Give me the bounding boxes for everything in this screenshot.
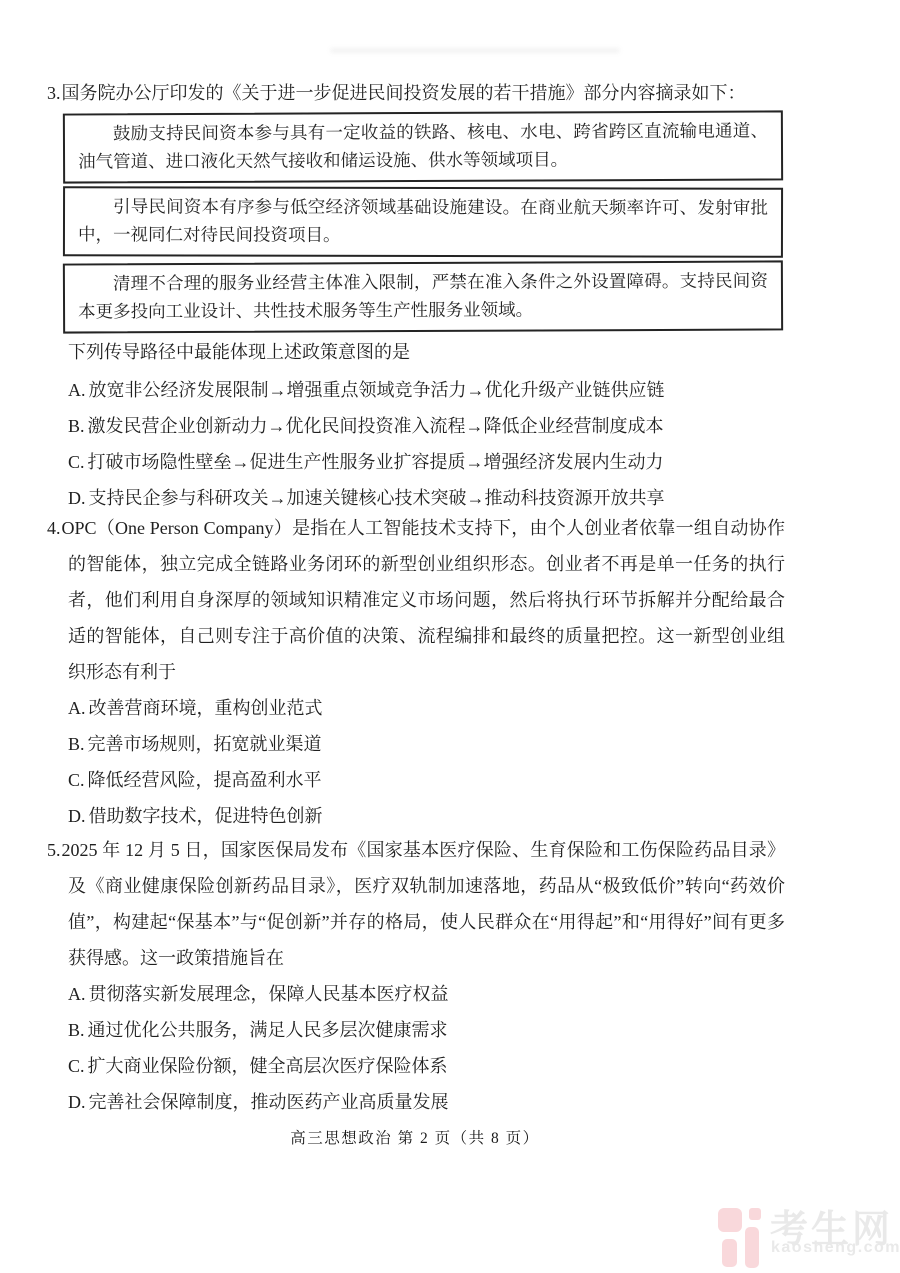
logo-block (749, 1208, 761, 1220)
question-3-option-d: D.支持民企参与科研攻关→加速关键核心技术突破→推动科技资源开放共享 (68, 486, 785, 510)
option-text: 放宽非公经济发展限制→增强重点领域竞争活力→优化升级产业链供应链 (89, 380, 665, 400)
watermark-site-domain: kaosheng.com (771, 1239, 900, 1257)
logo-block (745, 1227, 759, 1268)
option-label: D. (68, 1092, 86, 1112)
question-3-stem-text: 国务院办公厅印发的《关于进一步促进民间投资发展的若干措施》部分内容摘录如下： (62, 83, 746, 103)
question-3-stem: 3.国务院办公厅印发的《关于进一步促进民间投资发展的若干措施》部分内容摘录如下： (47, 80, 785, 106)
option-text: 激发民营企业创新动力→优化民间投资准入流程→降低企业经营制度成本 (88, 416, 664, 436)
policy-excerpt-box-2: 引导民间资本有序参与低空经济领域基础设施建设。在商业航天频率许可、发射审批中，一… (63, 186, 783, 258)
question-5-stem-text: 2025 年 12 月 5 日，国家医保局发布《国家基本医疗保险、生育保险和工伤… (62, 840, 786, 968)
question-4-option-d: D.借助数字技术，促进特色创新 (68, 804, 785, 828)
option-label: B. (68, 416, 85, 436)
question-5-stem: 5.2025 年 12 月 5 日，国家医保局发布《国家基本医疗保险、生育保险和… (47, 832, 785, 976)
page-footer-text: 高三思想政治 第 2 页（共 8 页） (290, 1130, 539, 1147)
question-5-option-c: C.扩大商业保险份额，健全高层次医疗保险体系 (68, 1054, 785, 1078)
question-5-option-a: A.贯彻落实新发展理念，保障人民基本医疗权益 (68, 982, 785, 1006)
question-4-option-b: B.完善市场规则，拓宽就业渠道 (68, 732, 785, 756)
question-3-number: 3. (47, 83, 61, 103)
question-3-option-b: B.激发民营企业创新动力→优化民间投资准入流程→降低企业经营制度成本 (68, 414, 785, 438)
question-3-option-c: C.打破市场隐性壁垒→促进生产性服务业扩容提质→增强经济发展内生动力 (68, 450, 785, 474)
question-5-option-d: D.完善社会保障制度，推动医药产业高质量发展 (68, 1090, 785, 1114)
option-label: C. (68, 452, 85, 472)
scan-artifact (330, 48, 620, 53)
policy-excerpt-2-text: 引导民间资本有序参与低空经济领域基础设施建设。在商业航天频率许可、发射审批中，一… (78, 192, 768, 249)
question-4-number: 4. (47, 518, 61, 538)
question-4-stem-text: OPC（One Person Company）是指在人工智能技术支持下，由个人创… (62, 518, 786, 682)
option-label: B. (68, 734, 85, 754)
option-label: C. (68, 1056, 85, 1076)
policy-excerpt-box-1: 鼓励支持民间资本参与具有一定收益的铁路、核电、水电、跨省跨区直流输电通道、油气管… (63, 110, 783, 183)
option-text: 支持民企参与科研攻关→加速关键核心技术突破→推动科技资源开放共享 (89, 488, 665, 508)
policy-excerpt-1-text: 鼓励支持民间资本参与具有一定收益的铁路、核电、水电、跨省跨区直流输电通道、油气管… (78, 116, 768, 175)
logo-block (718, 1208, 742, 1232)
option-text: 降低经营风险，提高盈利水平 (88, 770, 322, 790)
question-3: 3.国务院办公厅印发的《关于进一步促进民间投资发展的若干措施》部分内容摘录如下：… (47, 80, 785, 510)
option-text: 通过优化公共服务，满足人民多层次健康需求 (88, 1020, 448, 1040)
policy-excerpt-3-text: 清理不合理的服务业经营主体准入限制，严禁在准入条件之外设置障碍。支持民间资本更多… (78, 266, 768, 325)
question-5-number: 5. (47, 840, 61, 860)
option-text: 扩大商业保险份额，健全高层次医疗保险体系 (88, 1056, 448, 1076)
page-footer: 高三思想政治 第 2 页（共 8 页） (0, 1126, 830, 1148)
logo-block (722, 1239, 737, 1267)
option-text: 完善社会保障制度，推动医药产业高质量发展 (89, 1092, 449, 1112)
question-4: 4.OPC（One Person Company）是指在人工智能技术支持下，由个… (47, 510, 785, 828)
option-text: 完善市场规则，拓宽就业渠道 (88, 734, 322, 754)
question-4-option-a: A.改善营商环境，重构创业范式 (68, 696, 785, 720)
option-label: A. (68, 380, 86, 400)
option-text: 打破市场隐性壁垒→促进生产性服务业扩容提质→增强经济发展内生动力 (88, 452, 664, 472)
option-label: B. (68, 1020, 85, 1040)
exam-page: 3.国务院办公厅印发的《关于进一步促进民间投资发展的若干措施》部分内容摘录如下：… (0, 0, 900, 1273)
policy-excerpt-box-3: 清理不合理的服务业经营主体准入限制，严禁在准入条件之外设置障碍。支持民间资本更多… (63, 260, 783, 333)
question-3-option-a: A.放宽非公经济发展限制→增强重点领域竞争活力→优化升级产业链供应链 (68, 378, 785, 402)
option-text: 改善营商环境，重构创业范式 (89, 698, 323, 718)
question-5-option-b: B.通过优化公共服务，满足人民多层次健康需求 (68, 1018, 785, 1042)
option-label: D. (68, 488, 86, 508)
option-label: D. (68, 806, 86, 826)
kaosheng-logo-icon (716, 1206, 764, 1268)
option-label: A. (68, 698, 86, 718)
question-4-option-c: C.降低经营风险，提高盈利水平 (68, 768, 785, 792)
question-4-stem: 4.OPC（One Person Company）是指在人工智能技术支持下，由个… (47, 510, 785, 690)
question-3-prompt: 下列传导路径中最能体现上述政策意图的是 (68, 340, 785, 364)
option-label: A. (68, 984, 86, 1004)
option-text: 借助数字技术，促进特色创新 (89, 806, 323, 826)
option-label: C. (68, 770, 85, 790)
option-text: 贯彻落实新发展理念，保障人民基本医疗权益 (89, 984, 449, 1004)
question-5: 5.2025 年 12 月 5 日，国家医保局发布《国家基本医疗保险、生育保险和… (47, 832, 785, 1114)
